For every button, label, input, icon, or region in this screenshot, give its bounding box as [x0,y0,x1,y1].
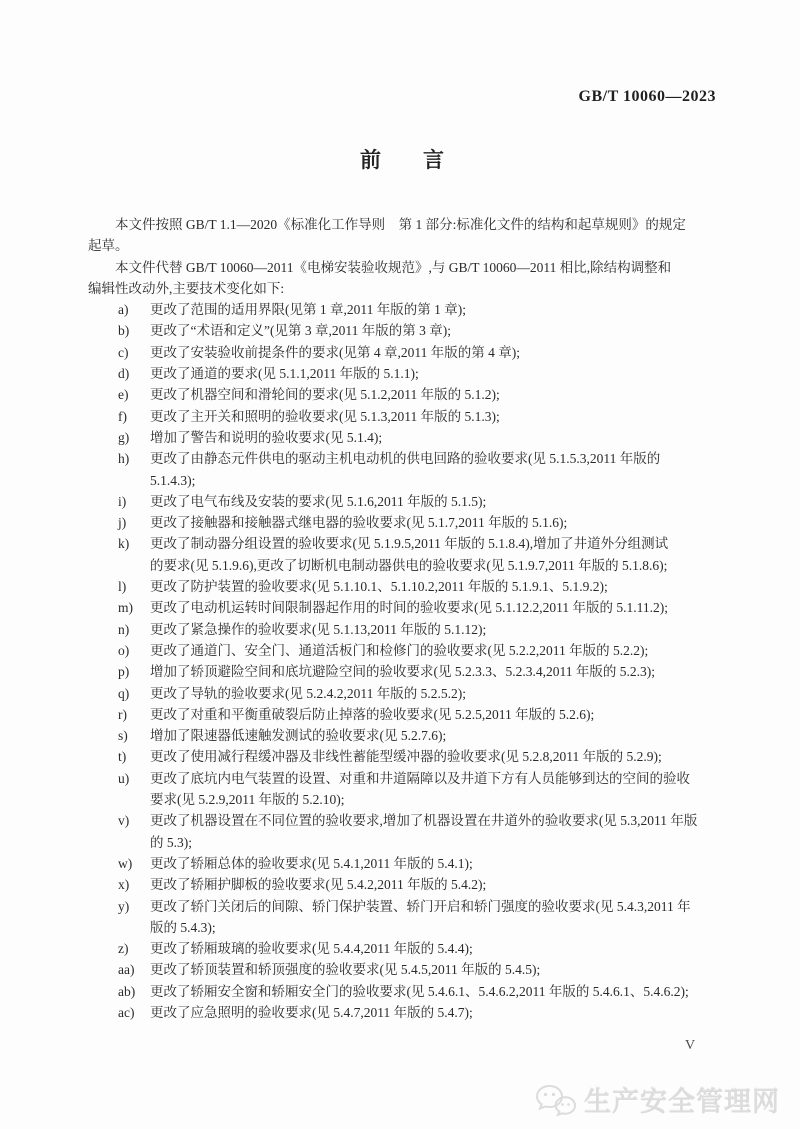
change-list-item: s)增加了限速器低速触发测试的验收要求(见 5.2.7.6); [88,725,716,746]
change-list-item: h)更改了由静态元件供电的驱动主机电动机的供电回路的验收要求(见 5.1.5.3… [88,448,716,491]
item-marker: n) [118,619,150,640]
change-list-item: u)更改了底坑内电气装置的设置、对重和井道隔障以及井道下方有人员能够到达的空间的… [88,768,716,811]
item-marker: j) [118,512,150,533]
change-list-item: f)更改了主开关和照明的验收要求(见 5.1.3,2011 年版的 5.1.3)… [88,406,716,427]
intro-paragraph: 本文件按照 GB/T 1.1—2020《标准化工作导则 第 1 部分:标准化文件… [88,214,716,257]
item-text: 更改了机器设置在不同位置的验收要求,增加了机器设置在井道外的验收要求(见 5.3… [150,810,716,853]
item-marker: y) [118,896,150,939]
change-list: a)更改了范围的适用界限(见第 1 章,2011 年版的第 1 章);b)更改了… [88,299,716,1023]
item-text: 更改了通道门、安全门、通道活板门和检修门的验收要求(见 5.2.2,2011 年… [150,640,716,661]
change-list-item: b)更改了“术语和定义”(见第 3 章,2011 年版的第 3 章); [88,320,716,341]
change-list-item: t)更改了使用减行程缓冲器及非线性蓄能型缓冲器的验收要求(见 5.2.8,201… [88,746,716,767]
item-marker: x) [118,874,150,895]
wechat-icon [535,1083,577,1117]
item-marker: a) [118,299,150,320]
change-list-item: j)更改了接触器和接触器式继电器的验收要求(见 5.1.7,2011 年版的 5… [88,512,716,533]
item-text: 更改了主开关和照明的验收要求(见 5.1.3,2011 年版的 5.1.3); [150,406,716,427]
change-list-item: r)更改了对重和平衡重破裂后防止掉落的验收要求(见 5.2.5,2011 年版的… [88,704,716,725]
item-marker: r) [118,704,150,725]
change-list-item: m)更改了电动机运转时间限制器起作用的时间的验收要求(见 5.1.12.2,20… [88,597,716,618]
change-list-item: o)更改了通道门、安全门、通道活板门和检修门的验收要求(见 5.2.2,2011… [88,640,716,661]
item-text: 增加了限速器低速触发测试的验收要求(见 5.2.7.6); [150,725,716,746]
item-text: 更改了应急照明的验收要求(见 5.4.7,2011 年版的 5.4.7); [150,1002,716,1023]
change-list-item: x)更改了轿厢护脚板的验收要求(见 5.4.2,2011 年版的 5.4.2); [88,874,716,895]
item-text: 更改了机器空间和滑轮间的要求(见 5.1.2,2011 年版的 5.1.2); [150,384,716,405]
document-page: GB/T 10060—2023 前 言 本文件按照 GB/T 1.1—2020《… [0,0,800,1129]
change-list-item: k)更改了制动器分组设置的验收要求(见 5.1.9.5,2011 年版的 5.1… [88,533,716,576]
change-list-item: p)增加了轿顶避险空间和底坑避险空间的验收要求(见 5.2.3.3、5.2.3.… [88,661,716,682]
item-marker: ab) [118,981,150,1002]
item-marker: l) [118,576,150,597]
item-text: 增加了警告和说明的验收要求(见 5.1.4); [150,427,716,448]
change-list-item: ab)更改了轿厢安全窗和轿厢安全门的验收要求(见 5.4.6.1、5.4.6.2… [88,981,716,1002]
change-list-item: i)更改了电气布线及安装的要求(见 5.1.6,2011 年版的 5.1.5); [88,491,716,512]
item-marker: b) [118,320,150,341]
item-text: 更改了使用减行程缓冲器及非线性蓄能型缓冲器的验收要求(见 5.2.8,2011 … [150,746,716,767]
item-text: 更改了“术语和定义”(见第 3 章,2011 年版的第 3 章); [150,320,716,341]
change-list-item: v)更改了机器设置在不同位置的验收要求,增加了机器设置在井道外的验收要求(见 5… [88,810,716,853]
item-text: 更改了轿厢护脚板的验收要求(见 5.4.2,2011 年版的 5.4.2); [150,874,716,895]
change-list-item: l)更改了防护装置的验收要求(见 5.1.10.1、5.1.10.2,2011 … [88,576,716,597]
item-marker: z) [118,938,150,959]
item-text: 更改了安装验收前提条件的要求(见第 4 章,2011 年版的第 4 章); [150,342,716,363]
item-marker: h) [118,448,150,491]
item-text: 更改了范围的适用界限(见第 1 章,2011 年版的第 1 章); [150,299,716,320]
change-list-item: aa)更改了轿顶装置和轿顶强度的验收要求(见 5.4.5,2011 年版的 5.… [88,959,716,980]
item-text: 更改了接触器和接触器式继电器的验收要求(见 5.1.7,2011 年版的 5.1… [150,512,716,533]
change-list-item: q)更改了导轨的验收要求(见 5.2.4.2,2011 年版的 5.2.5.2)… [88,683,716,704]
change-list-item: a)更改了范围的适用界限(见第 1 章,2011 年版的第 1 章); [88,299,716,320]
item-text: 更改了导轨的验收要求(见 5.2.4.2,2011 年版的 5.2.5.2); [150,683,716,704]
item-text: 更改了防护装置的验收要求(见 5.1.10.1、5.1.10.2,2011 年版… [150,576,716,597]
item-marker: c) [118,342,150,363]
item-marker: e) [118,384,150,405]
change-list-item: w)更改了轿厢总体的验收要求(见 5.4.1,2011 年版的 5.4.1); [88,853,716,874]
item-marker: w) [118,853,150,874]
page-content: GB/T 10060—2023 前 言 本文件按照 GB/T 1.1—2020《… [88,0,716,1023]
watermark-text: 生产安全管理网 [584,1080,780,1119]
change-list-item: z)更改了轿厢玻璃的验收要求(见 5.4.4,2011 年版的 5.4.4); [88,938,716,959]
item-marker: m) [118,597,150,618]
item-text: 更改了对重和平衡重破裂后防止掉落的验收要求(见 5.2.5,2011 年版的 5… [150,704,716,725]
body-text: 本文件按照 GB/T 1.1—2020《标准化工作导则 第 1 部分:标准化文件… [88,214,716,1023]
item-marker: v) [118,810,150,853]
item-marker: d) [118,363,150,384]
item-text: 更改了轿门关闭后的间隙、轿门保护装置、轿门开启和轿门强度的验收要求(见 5.4.… [150,896,716,939]
change-list-item: e)更改了机器空间和滑轮间的要求(见 5.1.2,2011 年版的 5.1.2)… [88,384,716,405]
replacement-paragraph: 本文件代替 GB/T 10060—2011《电梯安装验收规范》,与 GB/T 1… [88,257,716,300]
item-marker: aa) [118,959,150,980]
item-text: 更改了轿顶装置和轿顶强度的验收要求(见 5.4.5,2011 年版的 5.4.5… [150,959,716,980]
item-marker: q) [118,683,150,704]
change-list-item: d)更改了通道的要求(见 5.1.1,2011 年版的 5.1.1); [88,363,716,384]
item-text: 更改了轿厢总体的验收要求(见 5.4.1,2011 年版的 5.4.1); [150,853,716,874]
item-text: 更改了轿厢安全窗和轿厢安全门的验收要求(见 5.4.6.1、5.4.6.2,20… [150,981,716,1002]
item-marker: k) [118,533,150,576]
item-marker: s) [118,725,150,746]
item-marker: ac) [118,1002,150,1023]
item-text: 更改了制动器分组设置的验收要求(见 5.1.9.5,2011 年版的 5.1.8… [150,533,716,576]
item-marker: g) [118,427,150,448]
page-number: V [660,1038,720,1054]
item-text: 更改了通道的要求(见 5.1.1,2011 年版的 5.1.1); [150,363,716,384]
change-list-item: c)更改了安装验收前提条件的要求(见第 4 章,2011 年版的第 4 章); [88,342,716,363]
item-marker: f) [118,406,150,427]
watermark: 生产安全管理网 [535,1080,780,1119]
change-list-item: y)更改了轿门关闭后的间隙、轿门保护装置、轿门开启和轿门强度的验收要求(见 5.… [88,896,716,939]
item-text: 更改了电动机运转时间限制器起作用的时间的验收要求(见 5.1.12.2,2011… [150,597,716,618]
change-list-item: ac)更改了应急照明的验收要求(见 5.4.7,2011 年版的 5.4.7); [88,1002,716,1023]
item-text: 更改了电气布线及安装的要求(见 5.1.6,2011 年版的 5.1.5); [150,491,716,512]
change-list-item: g)增加了警告和说明的验收要求(见 5.1.4); [88,427,716,448]
item-marker: u) [118,768,150,811]
item-text: 更改了紧急操作的验收要求(见 5.1.13,2011 年版的 5.1.12); [150,619,716,640]
item-marker: p) [118,661,150,682]
item-marker: o) [118,640,150,661]
item-text: 增加了轿顶避险空间和底坑避险空间的验收要求(见 5.2.3.3、5.2.3.4,… [150,661,716,682]
page-title: 前 言 [88,144,716,174]
change-list-item: n)更改了紧急操作的验收要求(见 5.1.13,2011 年版的 5.1.12)… [88,619,716,640]
item-marker: i) [118,491,150,512]
item-text: 更改了由静态元件供电的驱动主机电动机的供电回路的验收要求(见 5.1.5.3,2… [150,448,716,491]
item-text: 更改了轿厢玻璃的验收要求(见 5.4.4,2011 年版的 5.4.4); [150,938,716,959]
standard-number: GB/T 10060—2023 [88,88,716,106]
item-marker: t) [118,746,150,767]
item-text: 更改了底坑内电气装置的设置、对重和井道隔障以及井道下方有人员能够到达的空间的验收… [150,768,716,811]
